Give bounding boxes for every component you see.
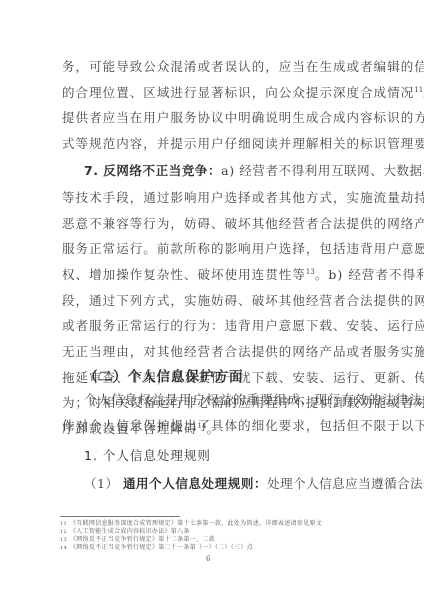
document-page: 务，可能导致公众混淆或者误认的，应当在生成或者编辑的信息内容 的合理位置、区域进… [0, 0, 424, 600]
body-line: 的合理位置、区域进行显著标识，向公众提示深度合成情况11。b) 服务 [62, 85, 363, 101]
line-text: 务，可能导致公众混淆或者误认的，应当在生成或者编辑的信息内容 [62, 59, 424, 74]
line-text: a) 经营者不得利用互联网、大数据、算法 [221, 163, 424, 178]
item-title: 通用个人信息处理规则 [123, 476, 254, 491]
body-line: 务，可能导致公众混淆或者误认的，应当在生成或者编辑的信息内容 [62, 59, 363, 75]
section-heading: （二）个人信息保护方面 [84, 365, 244, 385]
footnote: 14《网络反不正当竞争暂行规定》第二十一条第（一）（二）（三）点 [60, 544, 253, 552]
line-text: 的合理位置、区域进行显著标识，向公众提示深度合成情况 [62, 85, 414, 100]
body-line: 等技术手段，通过影响用户选择或者其他方式，实施流量劫持、干扰、 [62, 190, 363, 206]
body-line: 段，通过下列方式，实施妨碍、破坏其他经营者合法提供的网络产品 [62, 293, 363, 309]
footnote-ref[interactable]: 13 [306, 268, 315, 276]
subsection-heading-text: 1. 个人信息处理规则 [84, 448, 211, 463]
body-line: 个人信息权益是用户权益的重要组成，现行有效的法律法规等文 [84, 392, 363, 408]
footnote-text: 《人工智能生成合成内容标识办法》第八条 [70, 528, 190, 535]
item-colon: ： [254, 476, 267, 491]
line-text: 式等规范内容，并提示用户仔细阅读并理解相关的标识管理要求 [62, 136, 424, 151]
footnote: 11《互联网信息服务深度合成管理规定》第十七条第一款，此处为简述，详细表述请参见… [60, 520, 322, 528]
item-7-first-line: 7. 反网络不正当竞争：a) 经营者不得利用互联网、大数据、算法 [84, 163, 363, 179]
line-text: 。b) 经营者不得利用技术手 [315, 267, 424, 282]
line-text: 等技术手段，通过影响用户选择或者其他方式，实施流量劫持、干扰、 [62, 190, 424, 205]
line-text: 提供者应当在用户服务协议中明确说明生成合成内容标识的方法、样 [62, 110, 424, 125]
body-line: 式等规范内容，并提示用户仔细阅读并理解相关的标识管理要求12。 [62, 136, 363, 152]
body-line: 权、增加操作复杂性、破坏使用连贯性等13。b) 经营者不得利用技术手 [62, 267, 363, 283]
line-text: 服务正常运行。前款所称的影响用户选择，包括违背用户意愿和选择 [62, 241, 424, 256]
footnote: 13《网络反不正当竞争暂行规定》第十二条第一、二款 [60, 536, 215, 544]
line-text: 个人信息权益是用户权益的重要组成，现行有效的法律法规等文 [84, 392, 424, 407]
sub-item-1-line: （1） 通用个人信息处理规则：处理个人信息应当遵循合法、正 [84, 476, 363, 492]
body-line: 服务正常运行。前款所称的影响用户选择，包括违背用户意愿和选择 [62, 241, 363, 257]
line-text: 件对个人信息保护提出了具体的细化要求，包括但不限于以下内容： [62, 418, 424, 433]
line-text: 权、增加操作复杂性、破坏使用连贯性等 [62, 267, 306, 282]
body-line: 无正当理由，对其他经营者合法提供的网络产品或者服务实施拦截、 [62, 344, 363, 360]
footnote-text: 《网络反不正当竞争暂行规定》第十二条第一、二款 [70, 536, 215, 543]
body-line: 提供者应当在用户服务协议中明确说明生成合成内容标识的方法、样 [62, 110, 363, 126]
footnote-text: 《网络反不正当竞争暂行规定》第二十一条第（一）（二）（三）点 [70, 544, 253, 551]
page-number: 6 [206, 555, 210, 563]
footnote: 12《人工智能生成合成内容标识办法》第八条 [60, 528, 190, 536]
item-number: （1） [84, 476, 118, 491]
footnote-number: 13 [60, 536, 70, 544]
body-line: 或者服务正常运行的行为：违背用户意愿下载、安装、运行应用程序； [62, 318, 363, 334]
line-text: 段，通过下列方式，实施妨碍、破坏其他经营者合法提供的网络产品 [62, 293, 424, 308]
body-line: 件对个人信息保护提出了具体的细化要求，包括但不限于以下内容： [62, 418, 363, 434]
item-colon: ： [208, 163, 221, 178]
line-text: 恶意不兼容等行为，妨碍、破坏其他经营者合法提供的网络产品或者 [62, 216, 424, 231]
item-number: 7. [84, 163, 99, 178]
footnote-number: 11 [60, 520, 70, 528]
line-text: 无正当理由，对其他经营者合法提供的网络产品或者服务实施拦截、 [62, 344, 424, 359]
footnote-number: 12 [60, 528, 70, 536]
body-line: 恶意不兼容等行为，妨碍、破坏其他经营者合法提供的网络产品或者 [62, 216, 363, 232]
footnote-text: 《互联网信息服务深度合成管理规定》第十七条第一款，此处为简述，详细表述请参见原文 [70, 520, 322, 527]
item-title: 反网络不正当竞争 [103, 163, 208, 178]
footnote-divider [60, 516, 180, 517]
line-text: 或者服务正常运行的行为：违背用户意愿下载、安装、运行应用程序； [62, 318, 424, 333]
footnote-ref[interactable]: 11 [414, 86, 423, 94]
footnote-number: 14 [60, 544, 70, 552]
subsection-heading: 1. 个人信息处理规则 [84, 446, 211, 464]
line-text: 处理个人信息应当遵循合法、正 [267, 476, 424, 491]
